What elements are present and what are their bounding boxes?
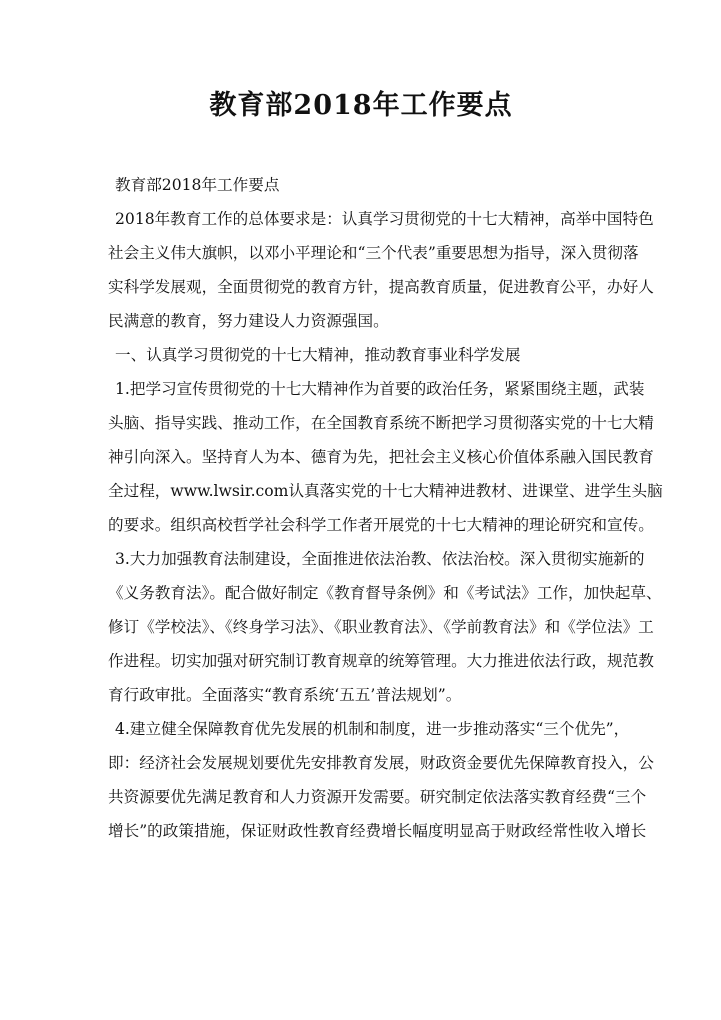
- paragraph-line: 全过程，www.lwsir.com认真落实党的十七大精神进教材、进课堂、进学生头…: [108, 481, 614, 501]
- paragraph-line: 民满意的教育，努力建设人力资源强国。: [108, 311, 614, 331]
- paragraph-line: 3.大力加强教育法制建设，全面推进依法治教、依法治校。深入贯彻实施新的: [115, 549, 621, 569]
- paragraph-line: 共资源要优先满足教育和人力资源开发需要。研究制定依法落实教育经费“三个: [108, 787, 614, 807]
- document-title: 教育部2018年工作要点: [108, 86, 614, 126]
- subtitle-line: 教育部2018年工作要点: [115, 175, 621, 195]
- paragraph-line: 的要求。组织高校哲学社会科学工作者开展党的十七大精神的理论研究和宣传。: [108, 515, 614, 535]
- paragraph-line: 神引向深入。坚持育人为本、德育为先，把社会主义核心价值体系融入国民教育: [108, 447, 614, 467]
- paragraph-line: 作进程。切实加强对研究制订教育规章的统筹管理。大力推进依法行政，规范教: [108, 651, 614, 671]
- paragraph-line: 《义务教育法》。配合做好制定《教育督导条例》和《考试法》工作，加快起草、: [108, 583, 614, 603]
- paragraph-line: 1.把学习宣传贯彻党的十七大精神作为首要的政治任务，紧紧围绕主题，武装: [115, 379, 621, 399]
- paragraph-line: 4.建立健全保障教育优先发展的机制和制度，进一步推动落实“三个优先”，: [115, 719, 621, 739]
- paragraph-line: 修订《学校法》、《终身学习法》、《职业教育法》、《学前教育法》和《学位法》工: [108, 617, 614, 637]
- paragraph-line: 社会主义伟大旗帜，以邓小平理论和“三个代表”重要思想为指导，深入贯彻落: [108, 243, 614, 263]
- paragraph-line: 即：经济社会发展规划要优先安排教育发展，财政资金要优先保障教育投入，公: [108, 753, 614, 773]
- section-heading: 一、认真学习贯彻党的十七大精神，推动教育事业科学发展: [115, 345, 621, 365]
- paragraph-line: 头脑、指导实践、推动工作，在全国教育系统不断把学习贯彻落实党的十七大精: [108, 413, 614, 433]
- paragraph-line: 2018年教育工作的总体要求是：认真学习贯彻党的十七大精神，高举中国特色: [115, 209, 621, 229]
- paragraph-line: 增长”的政策措施，保证财政性教育经费增长幅度明显高于财政经常性收入增长: [108, 821, 614, 841]
- paragraph-line: 实科学发展观，全面贯彻党的教育方针，提高教育质量，促进教育公平，办好人: [108, 277, 614, 297]
- paragraph-line: 育行政审批。全面落实“教育系统‘五五’普法规划”。: [108, 685, 614, 705]
